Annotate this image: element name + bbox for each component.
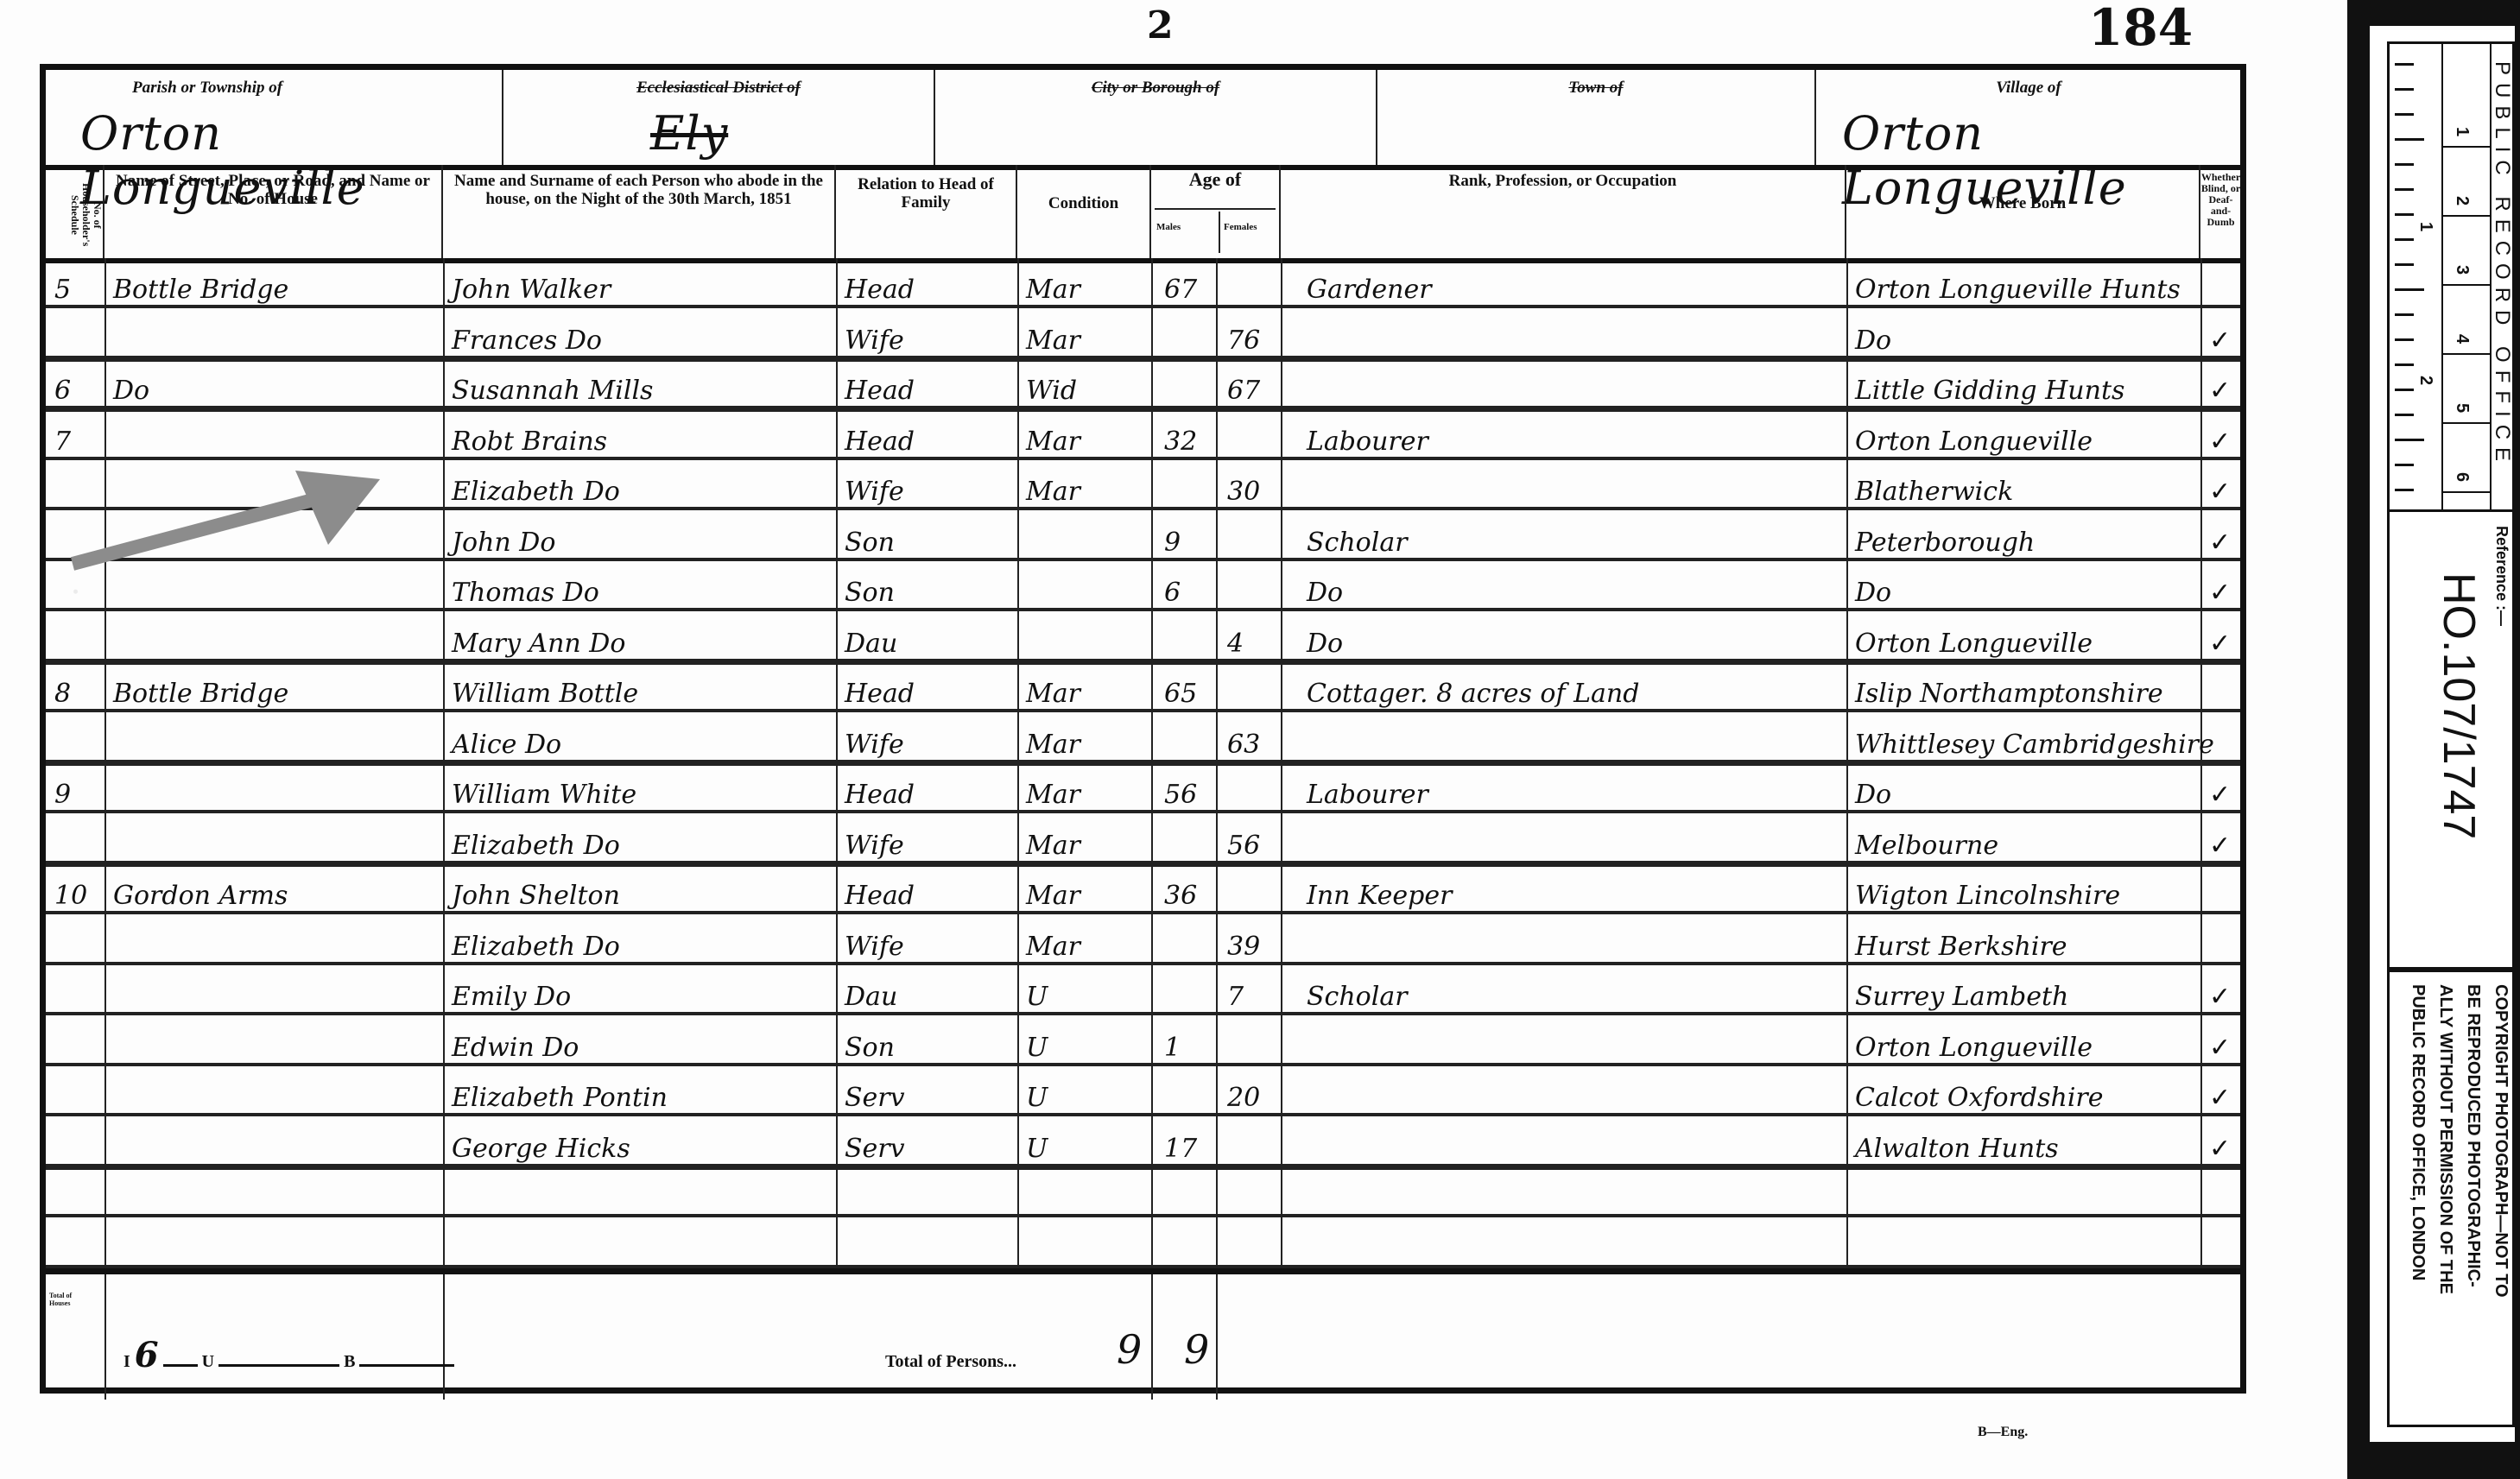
building-label: B (344, 1352, 355, 1371)
occupation-cell: Do (1307, 576, 1343, 608)
name-cell: Alice Do (452, 728, 561, 760)
male-age-cell: 32 (1164, 425, 1197, 457)
archive-strip: 12 123456 PUBLIC RECORD OFFICE Reference… (2347, 0, 2520, 1479)
table-row: Elizabeth DoWifeMar39Hurst Berkshire (46, 930, 2240, 965)
where-born-cell: Wigton Lincolnshire (1855, 879, 2120, 911)
where-born-cell: Orton Longueville (1855, 1031, 2093, 1063)
underline (218, 1364, 339, 1367)
blind-deaf-cell: ✓ (2209, 475, 2231, 507)
ruler-tick (2395, 439, 2424, 441)
table-row: Mary Ann DoDau4DoOrton Longueville✓ (46, 627, 2240, 665)
reference-box: Reference :— HO.107/1747 (2387, 512, 2515, 970)
cm-segment: 4 (2441, 286, 2490, 355)
ruler-tick (2395, 414, 2414, 416)
female-age-cell: 4 (1227, 627, 1244, 659)
occupation-cell: Do (1307, 627, 1343, 659)
col-address: Name of Street, Place, or Road, and Name… (104, 165, 443, 258)
schedule-cell: 10 (54, 879, 87, 911)
name-cell: Emily Do (452, 980, 571, 1012)
where-born-cell: Do (1855, 778, 1891, 810)
condition-cell: U (1026, 980, 1048, 1012)
occupation-cell: Labourer (1307, 778, 1428, 810)
ruler-cm-scale: 123456 (2441, 44, 2492, 509)
address-cell: Gordon Arms (113, 879, 288, 911)
where-born-cell: Do (1855, 324, 1891, 356)
where-born-cell: Do (1855, 576, 1891, 608)
where-born-cell: Orton Longueville (1855, 425, 2093, 457)
col-blind-deaf: Whether Blind, or Deaf-and-Dumb (2200, 165, 2241, 258)
where-born-cell: Islip Northamptonshire (1855, 677, 2163, 709)
table-row: 6DoSusannah MillsHeadWid67Little Gidding… (46, 374, 2240, 412)
where-born-cell: Blatherwick (1855, 475, 2013, 507)
address-cell: Do (113, 374, 149, 406)
relation-cell: Serv (845, 1081, 905, 1113)
relation-cell: Head (845, 273, 915, 305)
schedule-cell: 6 (54, 374, 71, 406)
relation-cell: Head (845, 879, 915, 911)
where-born-cell: Alwalton Hunts (1855, 1132, 2059, 1164)
condition-cell: Mar (1026, 475, 1080, 507)
blind-deaf-cell: ✓ (2209, 627, 2231, 659)
scale-ruler: 12 123456 PUBLIC RECORD OFFICE (2387, 41, 2515, 512)
relation-cell: Dau (845, 980, 897, 1012)
ruler-tick (2395, 313, 2414, 316)
female-age-cell: 67 (1227, 374, 1260, 406)
cm-segment: 6 (2441, 424, 2490, 493)
name-cell: Elizabeth Do (452, 829, 620, 861)
relation-cell: Wife (845, 930, 904, 962)
condition-cell: Mar (1026, 728, 1080, 760)
female-age-cell: 76 (1227, 324, 1260, 356)
table-row (46, 1233, 2240, 1268)
table-row: 5Bottle BridgeJohn WalkerHeadMar67Garden… (46, 273, 2240, 308)
ecclesiastical-value: Ely (650, 106, 728, 161)
condition-cell: U (1026, 1132, 1048, 1164)
table-row: George HicksServU17Alwalton Hunts✓ (46, 1132, 2240, 1170)
name-cell: Mary Ann Do (452, 627, 625, 659)
age-header: Age of (1151, 170, 1279, 188)
copyright-line: BE REPRODUCED PHOTOGRAPHIC- (2463, 984, 2483, 1287)
address-cell: Bottle Bridge (113, 677, 288, 709)
name-cell: George Hicks (452, 1132, 630, 1164)
condition-cell: Mar (1026, 879, 1080, 911)
ecclesiastical-cell: Ecclesiastical District of Ely (503, 70, 935, 165)
table-row: 9William WhiteHeadMar56LabourerDo✓ (46, 778, 2240, 813)
relation-cell: Wife (845, 324, 904, 356)
occupation-cell: Cottager. 8 acres of Land (1307, 677, 1639, 709)
where-born-cell: Surrey Lambeth (1855, 980, 2068, 1012)
occupation-cell: Inn Keeper (1307, 879, 1452, 911)
name-cell: Frances Do (452, 324, 602, 356)
blind-deaf-cell: ✓ (2209, 1031, 2231, 1063)
occupation-cell: Gardener (1307, 273, 1432, 305)
table-row: Emily DoDauU7ScholarSurrey Lambeth✓ (46, 980, 2240, 1015)
table-row: Elizabeth DoWifeMar30Blatherwick✓ (46, 475, 2240, 510)
occupation-cell: Scholar (1307, 526, 1408, 558)
ruler-tick (2395, 88, 2414, 91)
office-title: PUBLIC RECORD OFFICE (2490, 61, 2514, 469)
where-born-cell: Peterborough (1855, 526, 2035, 558)
name-cell: Elizabeth Do (452, 475, 620, 507)
copyright-line: PUBLIC RECORD OFFICE, LONDON (2408, 984, 2428, 1280)
ruler-tick (2395, 288, 2424, 291)
column-headers: No. of Householder's Schedule Name of St… (46, 165, 2240, 263)
cm-segment: 3 (2441, 217, 2490, 286)
cm-mark: 4 (2452, 334, 2472, 344)
relation-cell: Wife (845, 728, 904, 760)
col-name: Name and Surname of each Person who abod… (443, 165, 836, 258)
ruler-tick (2395, 138, 2424, 141)
blind-deaf-cell: ✓ (2209, 576, 2231, 608)
table-row: John DoSon9ScholarPeterborough✓ (46, 526, 2240, 561)
male-age-cell: 9 (1164, 526, 1181, 558)
name-cell: William White (452, 778, 636, 810)
archive-label-card: 12 123456 PUBLIC RECORD OFFICE Reference… (2370, 26, 2515, 1442)
ruler-tick (2395, 63, 2414, 66)
uninhabited-label: U (202, 1352, 214, 1371)
ruler-tick (2395, 238, 2414, 241)
male-age-cell: 67 (1164, 273, 1197, 305)
where-born-cell: Orton Longueville Hunts (1855, 273, 2181, 305)
relation-cell: Dau (845, 627, 897, 659)
occupation-cell: Labourer (1307, 425, 1428, 457)
underline (359, 1364, 454, 1367)
place-header: Parish or Township of Orton Longueville … (46, 70, 2240, 170)
table-row: 8Bottle BridgeWilliam BottleHeadMar65Cot… (46, 677, 2240, 712)
col-occupation: Rank, Profession, or Occupation (1281, 165, 1846, 258)
ruler-tick (2395, 163, 2414, 166)
copyright-line: COPYRIGHT PHOTOGRAPH—NOT TO (2491, 984, 2511, 1298)
copyright-notice: COPYRIGHT PHOTOGRAPH—NOT TOBE REPRODUCED… (2387, 970, 2515, 1427)
parish-label: Parish or Township of (46, 79, 502, 98)
age-divider (1155, 208, 1276, 210)
relation-cell: Wife (845, 475, 904, 507)
table-row (46, 1182, 2240, 1217)
divider (104, 1274, 106, 1400)
male-age-cell: 6 (1164, 576, 1181, 608)
reference-value: HO.107/1747 (2433, 572, 2485, 839)
town-label: Town of (1377, 79, 1814, 98)
age-males-header: Males (1156, 218, 1181, 237)
col-where-born: Where Born (1846, 165, 2200, 258)
condition-cell: U (1026, 1081, 1048, 1113)
total-males: 9 (1117, 1326, 1142, 1373)
ruler-tick (2395, 338, 2414, 341)
where-born-cell: Little Gidding Hunts (1855, 374, 2124, 406)
cm-segment: 2 (2441, 148, 2490, 217)
male-age-cell: 36 (1164, 879, 1197, 911)
where-born-cell: Melbourne (1855, 829, 1998, 861)
name-cell: Elizabeth Do (452, 930, 620, 962)
female-age-cell: 56 (1227, 829, 1260, 861)
blind-deaf-cell: ✓ (2209, 425, 2231, 457)
condition-cell: Mar (1026, 829, 1080, 861)
condition-cell: Mar (1026, 324, 1080, 356)
ruler-tick (2395, 389, 2414, 391)
office-title-area: PUBLIC RECORD OFFICE (2493, 44, 2516, 509)
blind-deaf-cell: ✓ (2209, 1132, 2231, 1164)
ruler-tick (2395, 188, 2414, 191)
relation-cell: Head (845, 677, 915, 709)
houses-count: I 6 U B (123, 1335, 454, 1375)
table-row: 7Robt BrainsHeadMar32LabourerOrton Longu… (46, 425, 2240, 460)
relation-cell: Head (845, 778, 915, 810)
totals-row: Total of Houses I 6 U B Total of Persons… (46, 1268, 2240, 1400)
col-age: Age of Males Females (1151, 165, 1281, 258)
relation-cell: Head (845, 374, 915, 406)
female-age-cell: 20 (1227, 1081, 1260, 1113)
relation-cell: Wife (845, 829, 904, 861)
cm-segment: 5 (2441, 355, 2490, 424)
table-row: Thomas DoSon6DoDo✓ (46, 576, 2240, 611)
ruler-ticks: 12 (2390, 44, 2443, 509)
female-age-cell: 7 (1227, 980, 1244, 1012)
divider (1216, 1274, 1218, 1400)
relation-cell: Head (845, 425, 915, 457)
city-cell: City or Borough of (935, 70, 1377, 165)
male-age-cell: 1 (1164, 1031, 1181, 1063)
name-cell: John Shelton (452, 879, 620, 911)
condition-cell: Mar (1026, 930, 1080, 962)
condition-cell: Wid (1026, 374, 1077, 406)
female-age-cell: 63 (1227, 728, 1260, 760)
occupation-cell: Scholar (1307, 980, 1408, 1012)
relation-cell: Serv (845, 1132, 905, 1164)
male-age-cell: 65 (1164, 677, 1197, 709)
reference-label: Reference :— (2492, 526, 2511, 626)
condition-cell: U (1026, 1031, 1048, 1063)
cm-mark: 6 (2452, 472, 2472, 482)
ruler-tick (2395, 464, 2414, 466)
underline (163, 1364, 198, 1367)
name-cell: John Walker (452, 273, 611, 305)
name-cell: Thomas Do (452, 576, 599, 608)
ruler-tick (2395, 489, 2414, 491)
schedule-cell: 7 (54, 425, 71, 457)
where-born-cell: Hurst Berkshire (1855, 930, 2067, 962)
name-cell: Elizabeth Pontin (452, 1081, 668, 1113)
ruler-tick (2395, 213, 2414, 216)
table-row: Elizabeth PontinServU20Calcot Oxfordshir… (46, 1081, 2240, 1116)
condition-cell: Mar (1026, 778, 1080, 810)
inhabited-value: 6 (135, 1335, 159, 1375)
col-relation: Relation to Head of Family (836, 165, 1017, 258)
name-cell: Robt Brains (452, 425, 607, 457)
col-condition: Condition (1017, 165, 1151, 258)
ruler-tick (2395, 363, 2414, 366)
village-label: Village of (1816, 79, 2241, 98)
table-row: Elizabeth DoWifeMar56Melbourne✓ (46, 829, 2240, 867)
name-cell: Susannah Mills (452, 374, 653, 406)
condition-cell: Mar (1026, 677, 1080, 709)
table-row: Frances DoWifeMar76Do✓ (46, 324, 2240, 362)
cm-segment: 1 (2441, 44, 2490, 148)
relation-cell: Son (845, 526, 895, 558)
cm-mark: 3 (2452, 265, 2472, 275)
total-houses-label: Total of Houses (49, 1292, 80, 1307)
total-persons-label: Total of Persons... (885, 1352, 1016, 1372)
blind-deaf-cell: ✓ (2209, 526, 2231, 558)
where-born-cell: Calcot Oxfordshire (1855, 1081, 2104, 1113)
ruler-tick (2395, 263, 2414, 266)
city-label: City or Borough of (935, 79, 1376, 98)
blind-deaf-cell: ✓ (2209, 980, 2231, 1012)
cm-mark: 1 (2452, 127, 2472, 136)
male-age-cell: 56 (1164, 778, 1197, 810)
village-cell: Village of Orton Longueville (1816, 70, 2241, 165)
blind-deaf-cell: ✓ (2209, 1081, 2231, 1113)
cm-mark: 5 (2452, 403, 2472, 413)
name-cell: William Bottle (452, 677, 638, 709)
blind-deaf-cell: ✓ (2209, 324, 2231, 356)
relation-cell: Son (845, 1031, 895, 1063)
divider (1151, 1274, 1153, 1400)
address-cell: Bottle Bridge (113, 273, 288, 305)
schedule-cell: 8 (54, 677, 71, 709)
blind-deaf-cell: ✓ (2209, 829, 2231, 861)
relation-cell: Son (845, 576, 895, 608)
blind-deaf-cell: ✓ (2209, 778, 2231, 810)
schedule-cell: 5 (54, 273, 71, 305)
condition-cell: Mar (1026, 273, 1080, 305)
col-schedule: No. of Householder's Schedule (46, 165, 104, 258)
ruler-tick (2395, 113, 2414, 116)
town-cell: Town of (1377, 70, 1816, 165)
total-females: 9 (1184, 1326, 1209, 1373)
blind-deaf-cell: ✓ (2209, 374, 2231, 406)
copyright-line: ALLY WITHOUT PERMISSION OF THE (2435, 984, 2455, 1294)
census-form: Parish or Township of Orton Longueville … (40, 64, 2246, 1394)
name-cell: Edwin Do (452, 1031, 579, 1063)
schedule-cell: 9 (54, 778, 71, 810)
inhabited-label: I (123, 1352, 130, 1371)
male-age-cell: 17 (1164, 1132, 1197, 1164)
table-row: Edwin DoSonU1Orton Longueville✓ (46, 1031, 2240, 1066)
table-row: Alice DoWifeMar63Whittlesey Cambridgeshi… (46, 728, 2240, 766)
ecclesiastical-label: Ecclesiastical District of (503, 79, 934, 98)
female-age-cell: 30 (1227, 475, 1260, 507)
printer-stamp: B—Eng. (1978, 1425, 2028, 1440)
parish-cell: Parish or Township of Orton Longueville (46, 70, 503, 165)
census-entries: 5Bottle BridgeJohn WalkerHeadMar67Garden… (46, 258, 2240, 1268)
inch-mark: 1 (2416, 222, 2435, 231)
age-females-header: Females (1219, 212, 1257, 253)
condition-cell: Mar (1026, 425, 1080, 457)
female-age-cell: 39 (1227, 930, 1260, 962)
table-row: 10Gordon ArmsJohn SheltonHeadMar36Inn Ke… (46, 879, 2240, 914)
name-cell: John Do (452, 526, 555, 558)
folio-number: 184 (2088, 0, 2193, 57)
cm-mark: 2 (2452, 196, 2472, 205)
page-number: 2 (1147, 3, 1174, 47)
where-born-cell: Whittlesey Cambridgeshire (1855, 728, 2214, 760)
inch-mark: 2 (2416, 376, 2435, 385)
where-born-cell: Orton Longueville (1855, 627, 2093, 659)
